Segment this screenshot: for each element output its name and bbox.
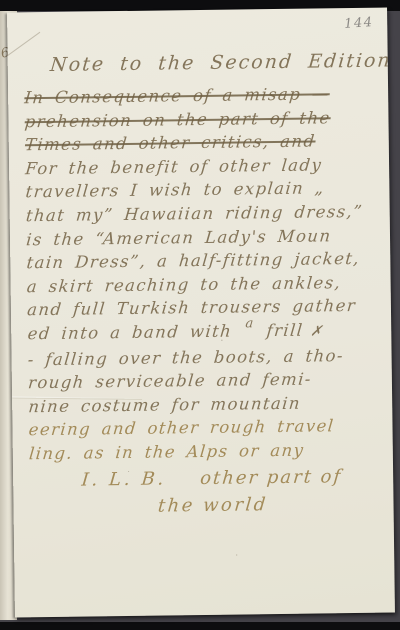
signature-row: I. L. B. other part of [28,463,391,494]
manuscript-text-block: Note to the Second Edition In Consequenc… [23,48,390,521]
signature-initials: I. L. B. [81,468,168,490]
manuscript-lines: In Consequence of a misap —prehension on… [23,82,389,466]
interlinear-insertion: a [245,316,256,331]
folio-number: 144 [343,15,373,32]
manuscript-page: 144 Note to the Second Edition In Conseq… [7,8,395,618]
manuscript-line: ling. as in the Alps or any [28,437,391,465]
manuscript-title: Note to the Second Edition [49,48,386,79]
line-text: frill [255,321,304,341]
insertion-x-mark: ✗ [310,323,325,339]
closing-line-1: other part of [199,466,343,489]
line-text: ed into a band with [27,321,244,343]
photographed-manuscript-scene: 6 144 Note to the Second Edition In Cons… [0,0,400,630]
background-bottom-strip [0,622,400,630]
closing-line-2: the world [29,489,392,521]
